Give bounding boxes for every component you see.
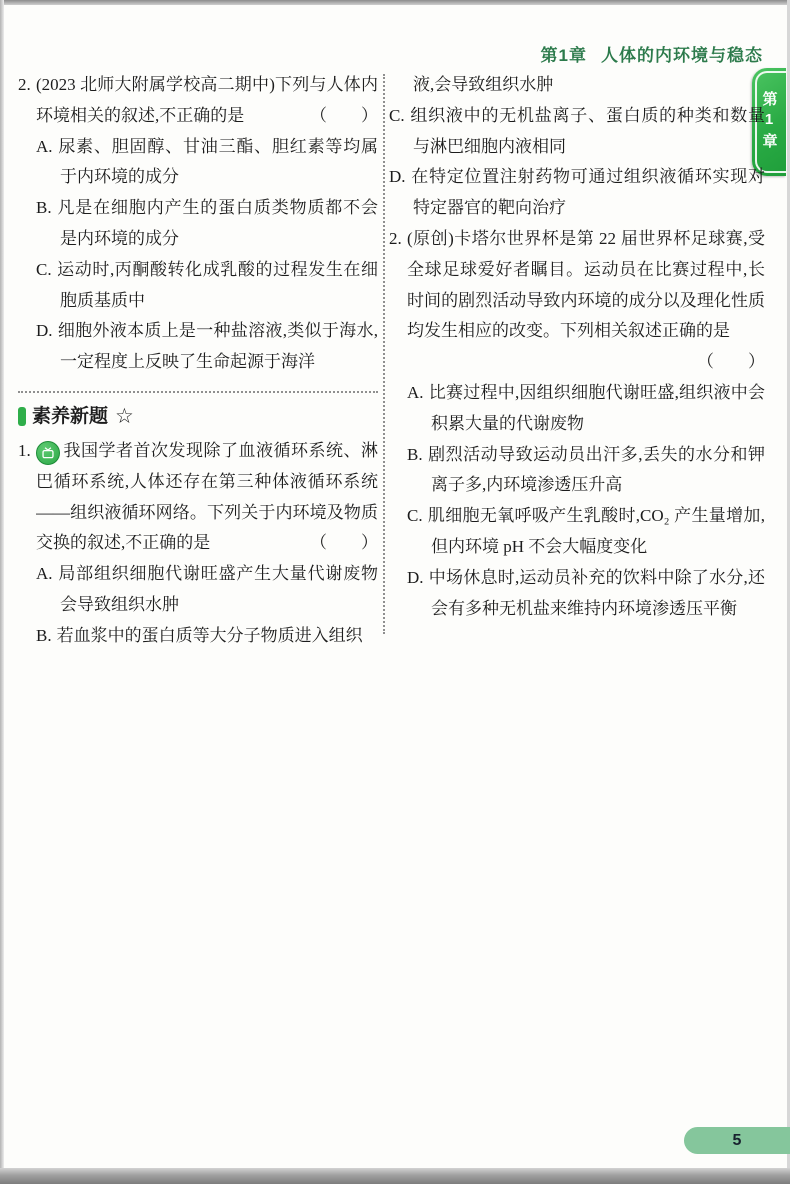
question-stem: (原创)卡塔尔世界杯是第 22 届世界杯足球赛,受全球足球爱好者瞩目。运动员在比… [407, 224, 765, 378]
question-stem-text: (原创)卡塔尔世界杯是第 22 届世界杯足球赛,受全球足球爱好者瞩目。运动员在比… [407, 229, 765, 340]
option-d: D.细胞外液本质上是一种盐溶液,类似于海水,一定程度上反映了生命起源于海洋 [36, 316, 378, 378]
section-marker-icon [18, 407, 26, 426]
answer-bracket: （ ） [310, 528, 378, 559]
option-label: C. [389, 106, 410, 125]
question-stem: 我国学者首次发现除了血液循环系统、淋巴循环系统,人体还存在第三种体液循环系统——… [36, 436, 378, 559]
option-a: A.比赛过程中,因组织细胞代谢旺盛,组织液中会积累大量的代谢废物 [407, 378, 765, 440]
answer-bracket: （ ） [310, 101, 378, 132]
option-label: B. [407, 445, 428, 464]
left-column: 2. (2023 北师大附属学校高二期中)下列与人体内环境相关的叙述,不正确的是… [18, 70, 378, 652]
option-label: A. [36, 564, 58, 583]
option-text: 局部组织细胞代谢旺盛产生大量代谢废物会导致组织水肿 [58, 564, 378, 614]
option-label: A. [407, 383, 429, 402]
option-c: C.组织液中的无机盐离子、蛋白质的种类和数量与淋巴细胞内液相同 [389, 101, 765, 163]
option-c: C.肌细胞无氧呼吸产生乳酸时,CO₂ 产生量增加,但内环境 pH 不会大幅度变化 [407, 501, 765, 563]
option-label: C. [407, 506, 428, 525]
section-title: 素养新题 [32, 402, 108, 432]
column-divider [383, 74, 385, 634]
chapter-header: 第1章人体的内环境与稳态 [541, 41, 763, 66]
option-label: C. [36, 260, 57, 279]
option-d: D.中场休息时,运动员补充的饮料中除了水分,还会有多种无机盐来维持内环境渗透压平… [407, 563, 765, 625]
section-heading: 素养新题 ☆ [18, 402, 378, 432]
option-a: A.尿素、胆固醇、甘油三酯、胆红素等均属于内环境的成分 [36, 132, 378, 194]
chapter-header-label: 第1章 [541, 46, 587, 65]
option-text: 若血浆中的蛋白质等大分子物质进入组织 [57, 626, 363, 645]
option-text: 比赛过程中,因组织细胞代谢旺盛,组织液中会积累大量的代谢废物 [429, 383, 765, 433]
option-text: 肌细胞无氧呼吸产生乳酸时,CO₂ 产生量增加,但内环境 pH 不会大幅度变化 [428, 506, 765, 556]
option-text: 凡是在细胞内产生的蛋白质类物质都不会是内环境的成分 [57, 198, 378, 248]
question-1: 1. 我国学者首次发现除了血液循环系统、淋巴循环系统,人体还存在第三种体液循环系… [18, 436, 378, 652]
chapter-header-title: 人体的内环境与稳态 [601, 46, 763, 65]
news-badge-icon [36, 441, 60, 465]
option-label: D. [389, 167, 411, 186]
question-stem: (2023 北师大附属学校高二期中)下列与人体内环境相关的叙述,不正确的是（ ） [36, 70, 378, 132]
option-label: D. [36, 321, 58, 340]
question-number: 2. [389, 224, 402, 255]
page-number: 5 [733, 1132, 742, 1150]
option-text: 运动时,丙酮酸转化成乳酸的过程发生在细胞质基质中 [57, 260, 378, 310]
answer-bracket: （ ） [697, 347, 765, 378]
page-edge-top [0, 0, 790, 5]
question-2-right: 2. (原创)卡塔尔世界杯是第 22 届世界杯足球赛,受全球足球爱好者瞩目。运动… [389, 224, 765, 624]
option-text: 中场休息时,运动员补充的饮料中除了水分,还会有多种无机盐来维持内环境渗透压平衡 [429, 568, 765, 618]
right-column: 液,会导致组织水肿 C.组织液中的无机盐离子、蛋白质的种类和数量与淋巴细胞内液相… [389, 70, 765, 624]
option-a: A.局部组织细胞代谢旺盛产生大量代谢废物会导致组织水肿 [36, 559, 378, 621]
question-number: 2. [18, 70, 31, 101]
option-b: B.剧烈活动导致运动员出汗多,丢失的水分和钾离子多,内环境渗透压升高 [407, 440, 765, 502]
question-2-left: 2. (2023 北师大附属学校高二期中)下列与人体内环境相关的叙述,不正确的是… [18, 70, 378, 378]
option-c: C.运动时,丙酮酸转化成乳酸的过程发生在细胞质基质中 [36, 255, 378, 317]
page-edge-bottom [0, 1168, 790, 1184]
page-number-badge: 5 [684, 1127, 790, 1154]
option-b: B.若血浆中的蛋白质等大分子物质进入组织 [36, 621, 378, 652]
option-text: 尿素、胆固醇、甘油三酯、胆红素等均属于内环境的成分 [58, 137, 378, 187]
option-text: 细胞外液本质上是一种盐溶液,类似于海水,一定程度上反映了生命起源于海洋 [58, 321, 378, 371]
option-label: B. [36, 198, 57, 217]
question-number: 1. [18, 436, 31, 467]
option-b: B.凡是在细胞内产生的蛋白质类物质都不会是内环境的成分 [36, 193, 378, 255]
option-b-continuation: 液,会导致组织水肿 [413, 70, 765, 101]
option-text: 组织液中的无机盐离子、蛋白质的种类和数量与淋巴细胞内液相同 [410, 106, 765, 156]
star-icon: ☆ [115, 402, 134, 432]
option-label: B. [36, 626, 57, 645]
option-label: A. [36, 137, 58, 156]
option-d: D.在特定位置注射药物可通过组织液循环实现对特定器官的靶向治疗 [389, 162, 765, 224]
option-text: 在特定位置注射药物可通过组织液循环实现对特定器官的靶向治疗 [411, 167, 765, 217]
option-label: D. [407, 568, 429, 587]
page-edge-left [0, 0, 4, 1184]
option-text: 剧烈活动导致运动员出汗多,丢失的水分和钾离子多,内环境渗透压升高 [428, 445, 765, 495]
section-divider [18, 391, 378, 393]
